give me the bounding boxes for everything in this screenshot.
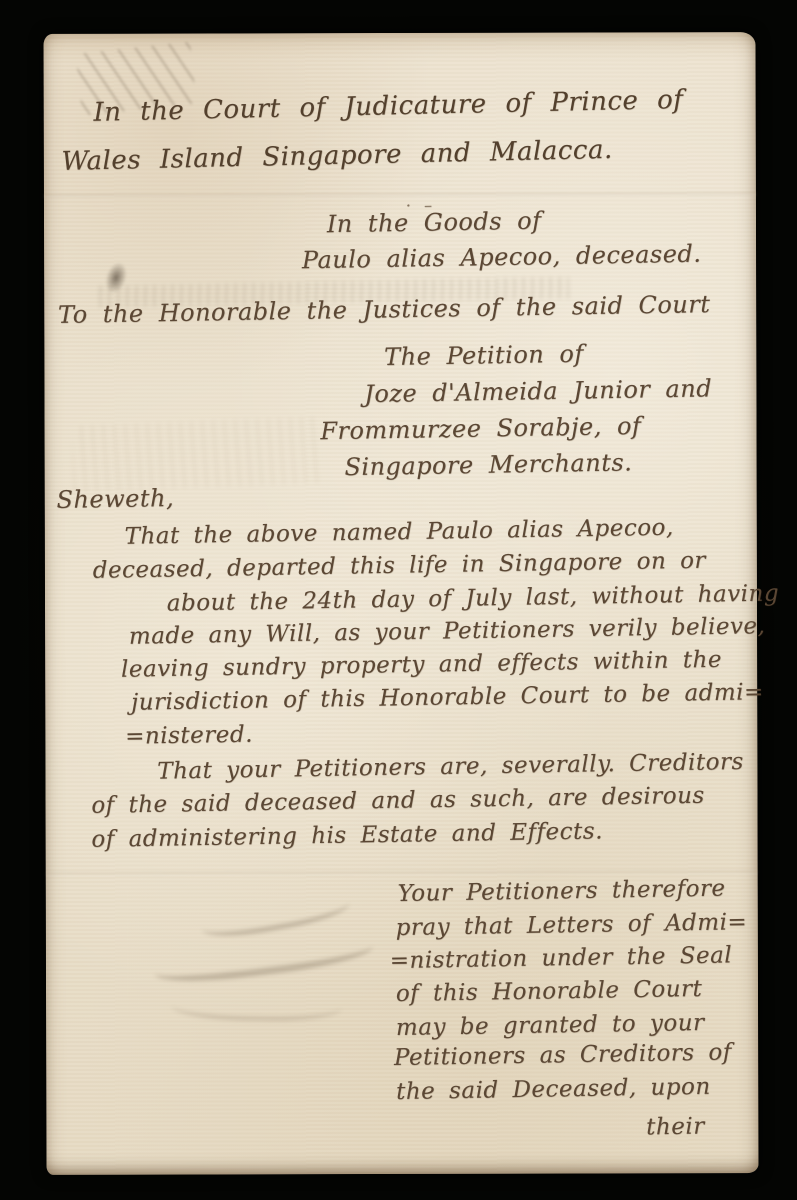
paragraph1-line: made any Will, as your Petitioners veril… [129, 613, 766, 650]
catchword: their [646, 1113, 705, 1140]
prayer-line: Petitioners as Creditors of [394, 1039, 732, 1071]
verso-bleedthrough-faint [71, 417, 323, 492]
petitioner-line: Joze d'Almeida Junior and [364, 374, 712, 408]
verso-bleedthrough-writing [109, 882, 379, 1050]
paragraph1-line: jurisdiction of this Honorable Court to … [131, 679, 764, 715]
paragraph1-line: about the 24th day of July last, without… [167, 580, 780, 616]
case-caption-line: Paulo alias Apecoo, deceased. [302, 240, 702, 275]
fold-crease [46, 870, 758, 876]
paragraph1-line: leaving sundry property and effects with… [121, 647, 722, 683]
petitioner-line: Frommurzee Sorabje, of [320, 412, 641, 445]
paragraph2-line: of administering his Estate and Effects. [91, 818, 603, 852]
prayer-line: of this Honorable Court [396, 976, 703, 1007]
sheweth-label: Sheweth, [56, 484, 174, 514]
paragraph1-line: =nistered. [125, 722, 253, 750]
prayer-line: pray that Letters of Admi= [395, 909, 747, 941]
fold-crease [44, 192, 756, 198]
prayer-line: the said Deceased, upon [396, 1074, 711, 1105]
case-caption-line: In the Goods of [327, 207, 542, 239]
paragraph2-line: of the said deceased and as such, are de… [91, 783, 705, 819]
court-heading-line: Wales Island Singapore and Malacca. [61, 135, 613, 177]
paragraph1-line: deceased, departed this life in Singapor… [93, 548, 707, 584]
petition-title: The Petition of [384, 340, 584, 371]
paragraph1-line: That the above named Paulo alias Apecoo, [124, 515, 674, 550]
prayer-line: may be granted to your [396, 1010, 705, 1041]
manuscript-page: In the Court of Judicature of Prince of … [44, 32, 759, 1175]
scan-background: In the Court of Judicature of Prince of … [0, 0, 797, 1200]
petitioner-line: Singapore Merchants. [344, 448, 632, 481]
paragraph2-line: That your Petitioners are, severally. Cr… [157, 749, 744, 785]
prayer-line: =nistration under the Seal [390, 942, 733, 974]
prayer-line: Your Petitioners therefore [397, 876, 725, 907]
